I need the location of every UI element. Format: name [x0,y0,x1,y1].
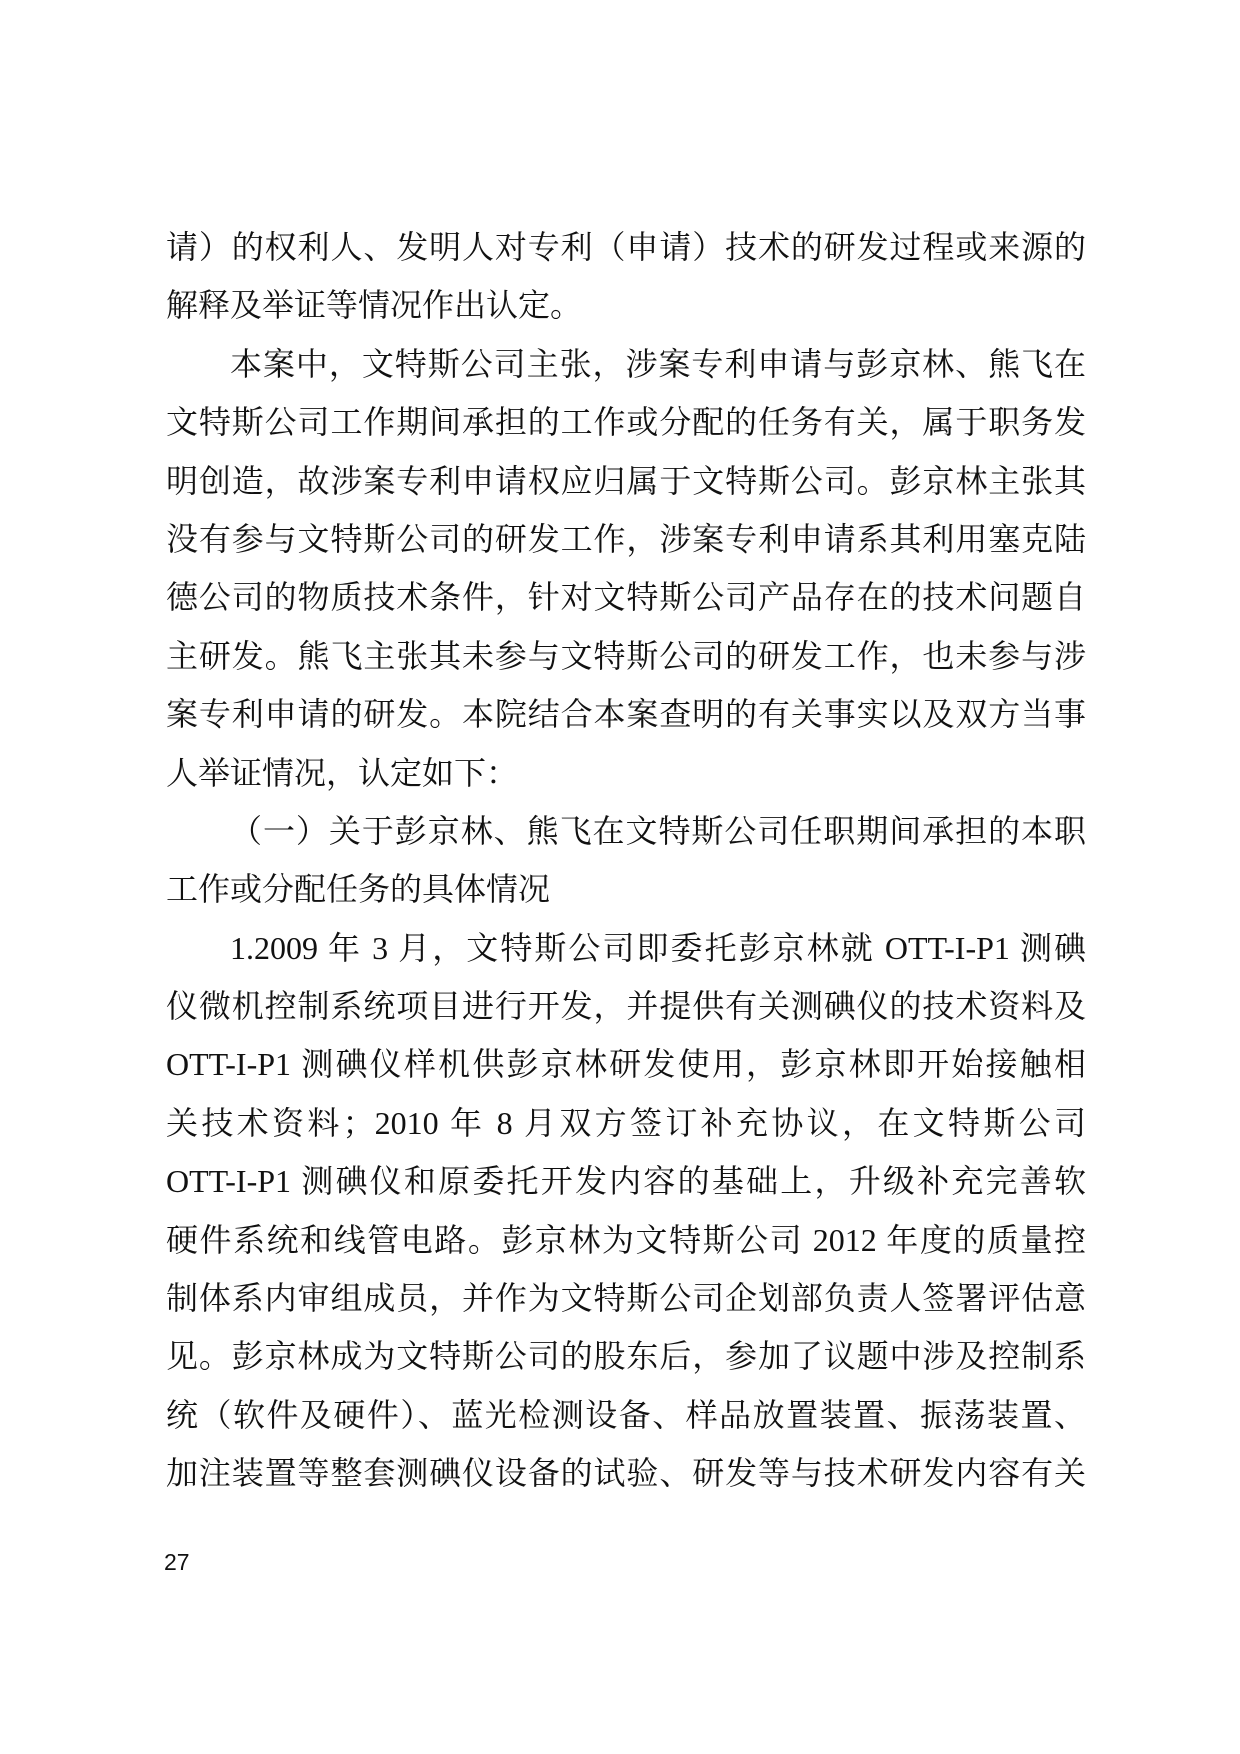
text-line: 主研发。熊飞主张其未参与文特斯公司的研发工作，也未参与涉 [166,627,1086,685]
text-block: 请）的权利人、发明人对专利（申请）技术的研发过程或来源的解释及举证等情况作出认定… [166,218,1086,1503]
document-page: 请）的权利人、发明人对专利（申请）技术的研发过程或来源的解释及举证等情况作出认定… [0,0,1240,1754]
text-line: 工作或分配任务的具体情况 [166,860,1086,918]
text-line: 案专利申请的研发。本院结合本案查明的有关事实以及双方当事 [166,685,1086,743]
text-line: 见。彭京林成为文特斯公司的股东后，参加了议题中涉及控制系 [166,1327,1086,1385]
paragraph: 本案中，文特斯公司主张，涉案专利申请与彭京林、熊飞在文特斯公司工作期间承担的工作… [166,335,1086,802]
text-line: 德公司的物质技术条件，针对文特斯公司产品存在的技术问题自 [166,568,1086,626]
text-line: OTT-I-P1 测碘仪样机供彭京林研发使用，彭京林即开始接触相 [166,1035,1086,1093]
paragraph: （一）关于彭京林、熊飞在文特斯公司任职期间承担的本职工作或分配任务的具体情况 [166,802,1086,919]
text-line: 仪微机控制系统项目进行开发，并提供有关测碘仪的技术资料及 [166,977,1086,1035]
paragraph: 1.2009 年 3 月，文特斯公司即委托彭京林就 OTT-I-P1 测碘仪微机… [166,919,1086,1503]
text-line: 文特斯公司工作期间承担的工作或分配的任务有关，属于职务发 [166,393,1086,451]
text-line: 没有参与文特斯公司的研发工作，涉案专利申请系其利用塞克陆 [166,510,1086,568]
text-line: 加注装置等整套测碘仪设备的试验、研发等与技术研发内容有关 [166,1444,1086,1502]
text-line: 统（软件及硬件）、蓝光检测设备、样品放置装置、振荡装置、 [166,1386,1086,1444]
text-line: 1.2009 年 3 月，文特斯公司即委托彭京林就 OTT-I-P1 测碘 [166,919,1086,977]
text-line: 明创造，故涉案专利申请权应归属于文特斯公司。彭京林主张其 [166,452,1086,510]
paragraph: 请）的权利人、发明人对专利（申请）技术的研发过程或来源的解释及举证等情况作出认定… [166,218,1086,335]
text-line: 本案中，文特斯公司主张，涉案专利申请与彭京林、熊飞在 [166,335,1086,393]
text-line: 人举证情况，认定如下： [166,744,1086,802]
text-line: 制体系内审组成员，并作为文特斯公司企划部负责人签署评估意 [166,1269,1086,1327]
text-line: 请）的权利人、发明人对专利（申请）技术的研发过程或来源的 [166,218,1086,276]
text-line: 解释及举证等情况作出认定。 [166,276,1086,334]
text-line: （一）关于彭京林、熊飞在文特斯公司任职期间承担的本职 [166,802,1086,860]
text-line: 关技术资料；2010 年 8 月双方签订补充协议，在文特斯公司 [166,1094,1086,1152]
page-number: 27 [164,1549,190,1575]
text-line: 硬件系统和线管电路。彭京林为文特斯公司 2012 年度的质量控 [166,1211,1086,1269]
text-line: OTT-I-P1 测碘仪和原委托开发内容的基础上，升级补充完善软 [166,1152,1086,1210]
